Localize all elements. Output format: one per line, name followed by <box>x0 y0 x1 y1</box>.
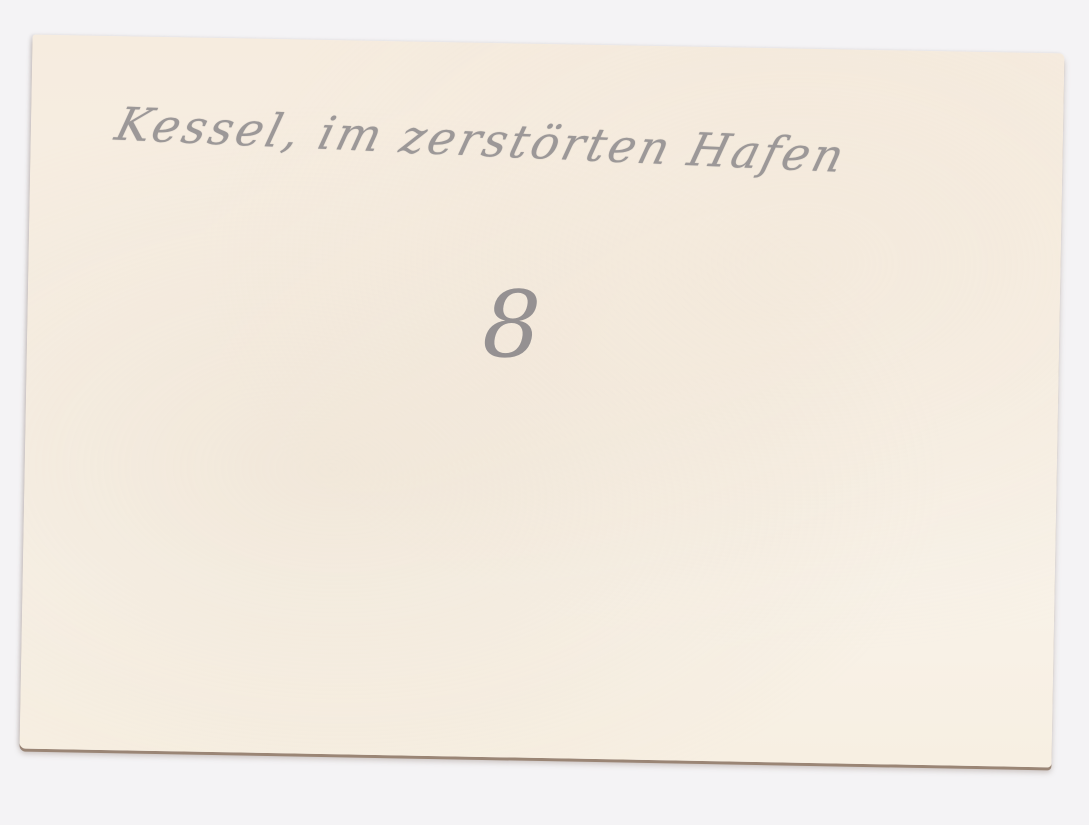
handwritten-number: 8 <box>481 271 541 379</box>
photo-card-back: Kessel, im zerstörten Hafen 8 <box>20 35 1065 768</box>
handwritten-caption: Kessel, im zerstörten Hafen <box>110 97 852 183</box>
